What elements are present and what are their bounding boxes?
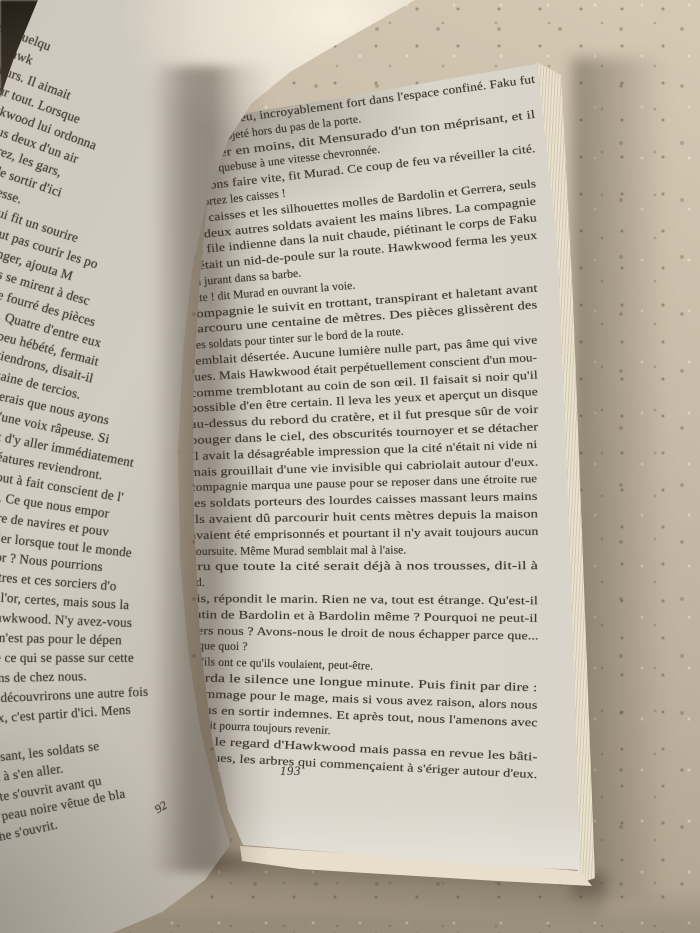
right-page-number: 193	[280, 764, 301, 779]
gutter-shadow	[152, 66, 270, 872]
left-page-line: s rien de ce qui se passe sur cette	[0, 650, 134, 665]
book-photo: coup de feu, incroyablement fort dans l'…	[0, 0, 700, 933]
left-page-line: e je veux, c'est partir d'ici. Mens	[0, 701, 131, 727]
left-page-line: ramusiens de chez nous.	[0, 668, 87, 686]
left-page-line: d, dit Hawkwood. N'y avez-vous	[0, 608, 132, 630]
left-page-line: ls, si ce n'est pas pour le dépen	[0, 629, 122, 647]
